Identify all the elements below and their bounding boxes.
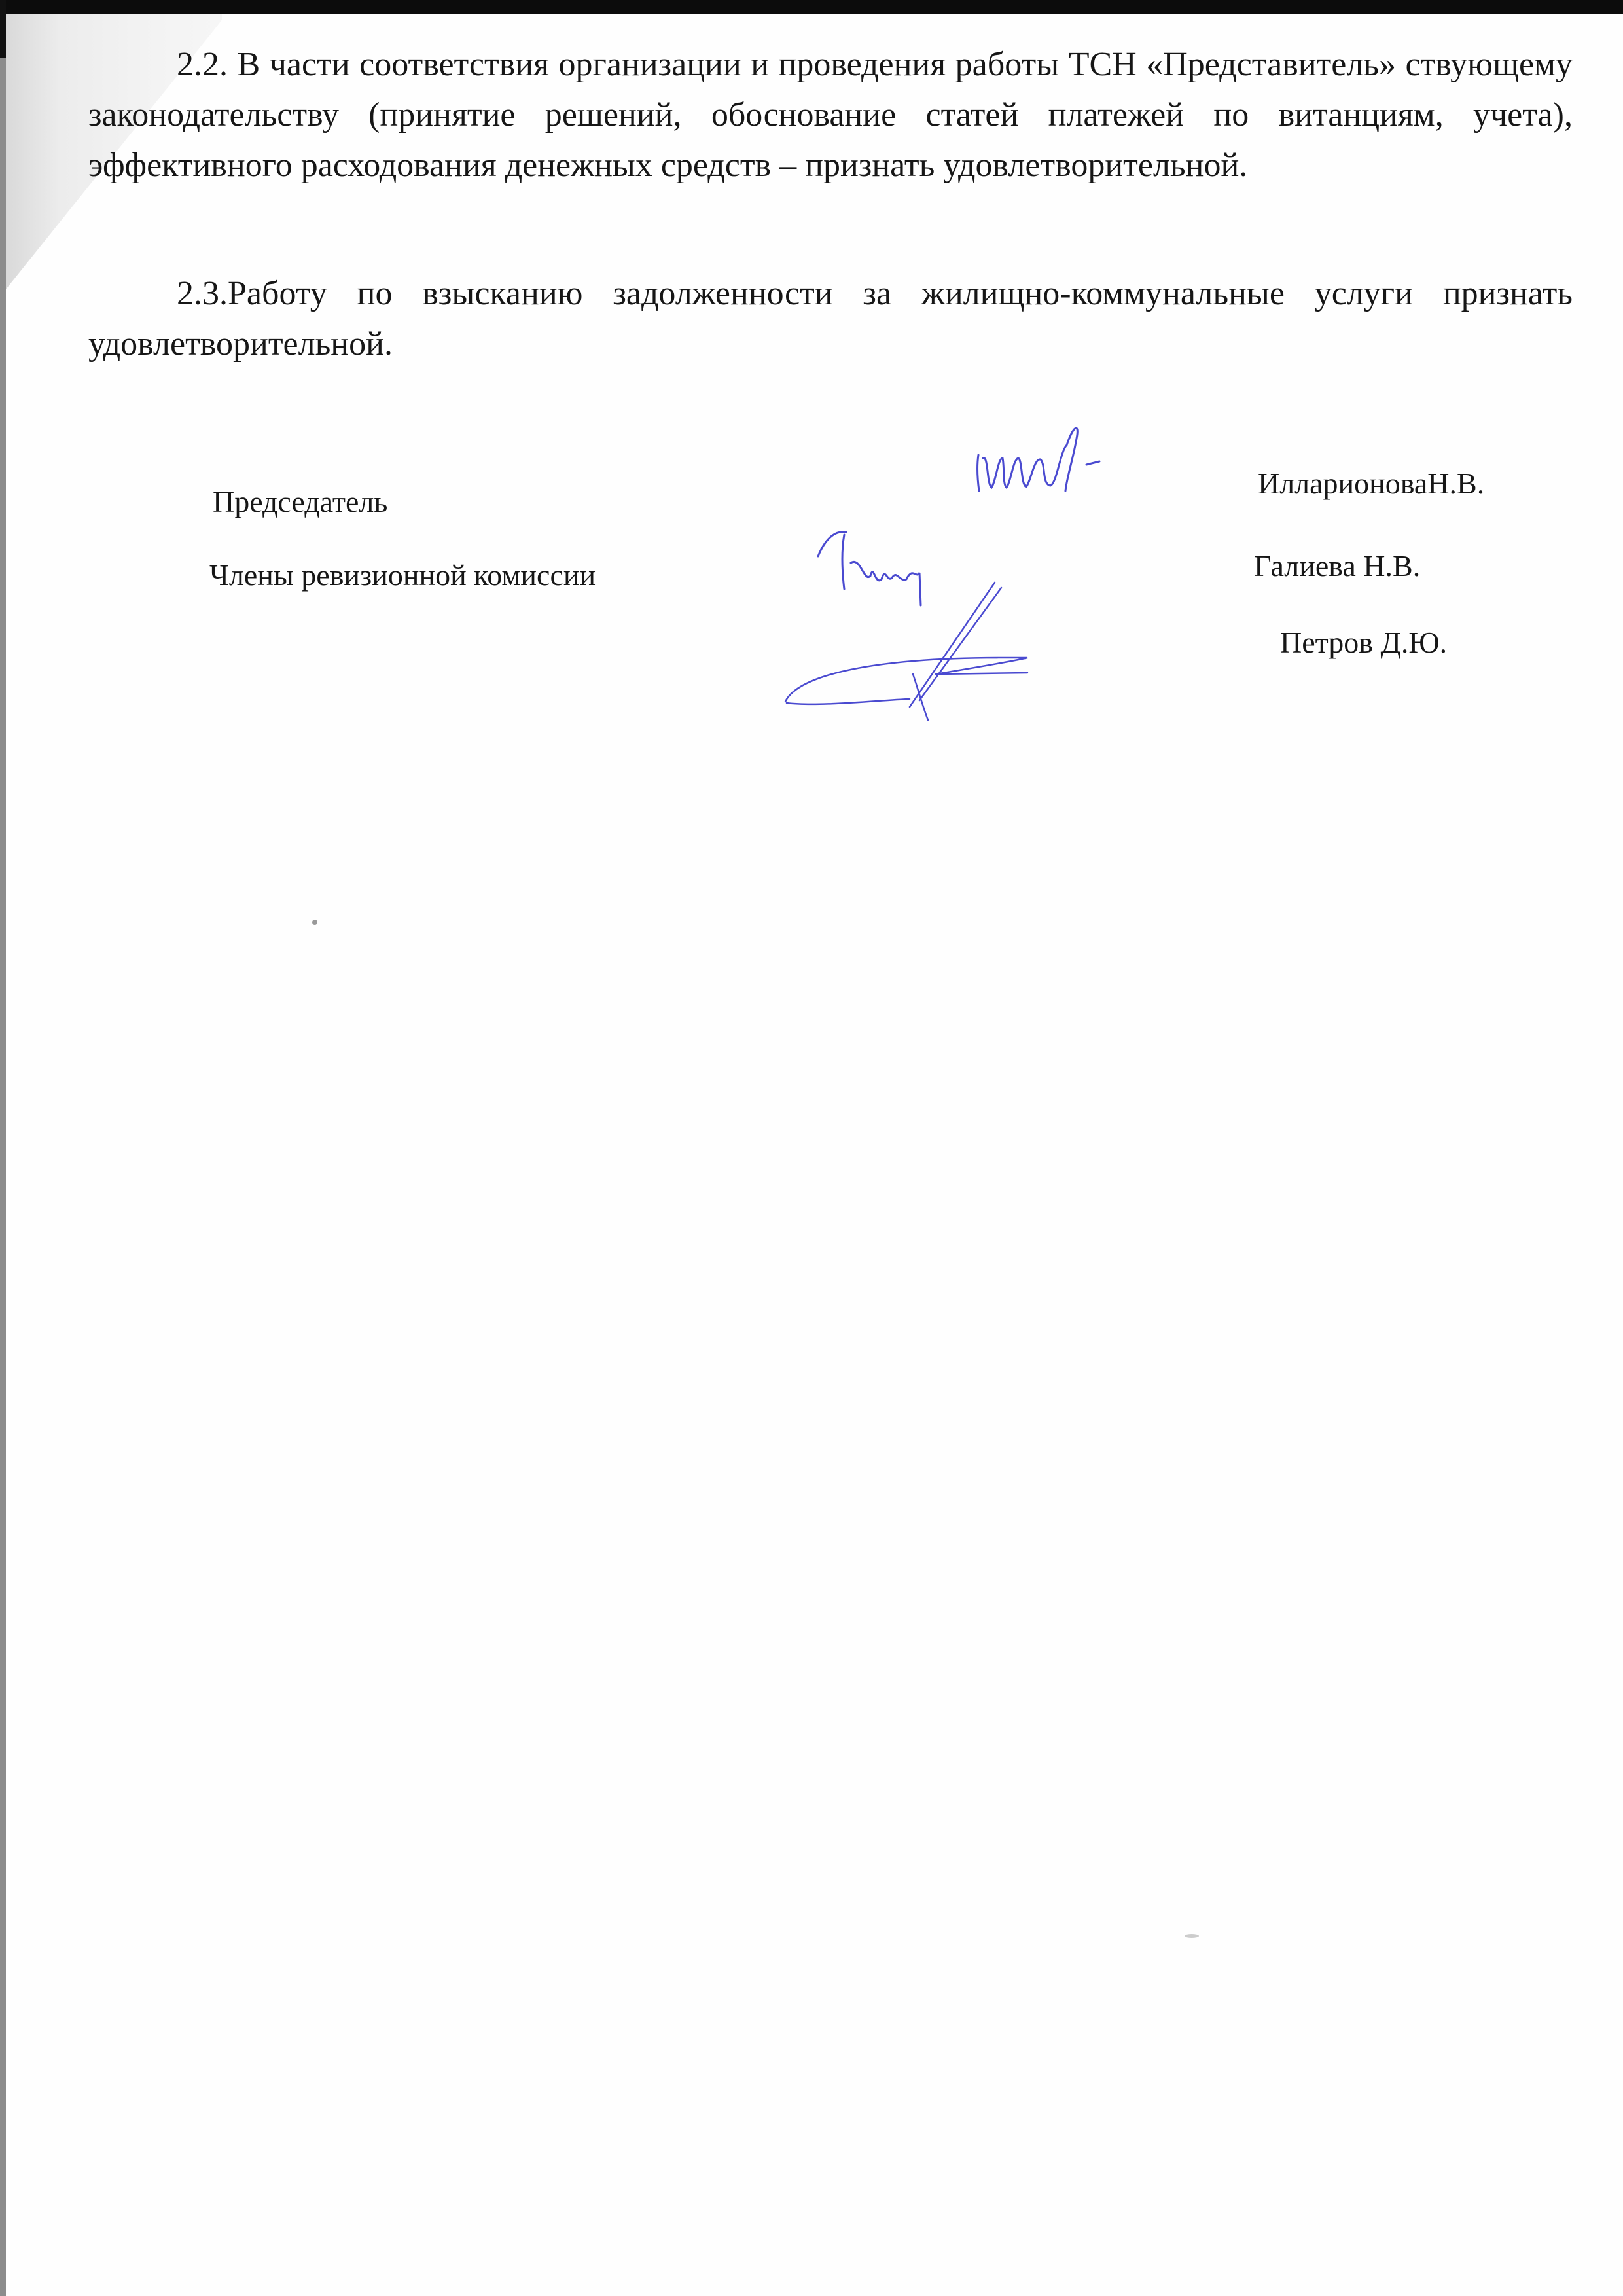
paragraph-2-2-line-1: 2.2. В части соответствия организации и …	[177, 46, 1396, 83]
signature-petrov	[779, 576, 1198, 726]
scan-speck	[1185, 1934, 1199, 1938]
paragraph-2-2-line-4: удовлетворительной.	[943, 147, 1247, 184]
scan-speck	[312, 920, 317, 925]
scan-left-shadow	[0, 0, 6, 58]
signatory-name-3: Петров Д.Ю.	[1280, 625, 1447, 660]
paragraph-2-3-line-1: 2.3.Работу по взысканию задолженности за…	[177, 275, 1413, 312]
signatory-name-2: Галиева Н.В.	[1254, 548, 1420, 583]
paragraph-2-3: 2.3.Работу по взысканию задолженности за…	[88, 268, 1573, 369]
paragraph-2-2: 2.2. В части соответствия организации и …	[88, 39, 1573, 190]
chairman-label: Председатель	[213, 484, 387, 519]
signatory-name-1: ИлларионоваН.В.	[1258, 466, 1484, 501]
signature-illarionova	[969, 419, 1191, 511]
members-label: Члены ревизионной комиссии	[209, 558, 596, 592]
scan-top-border	[0, 0, 1623, 14]
scan-left-edge	[0, 58, 6, 2296]
